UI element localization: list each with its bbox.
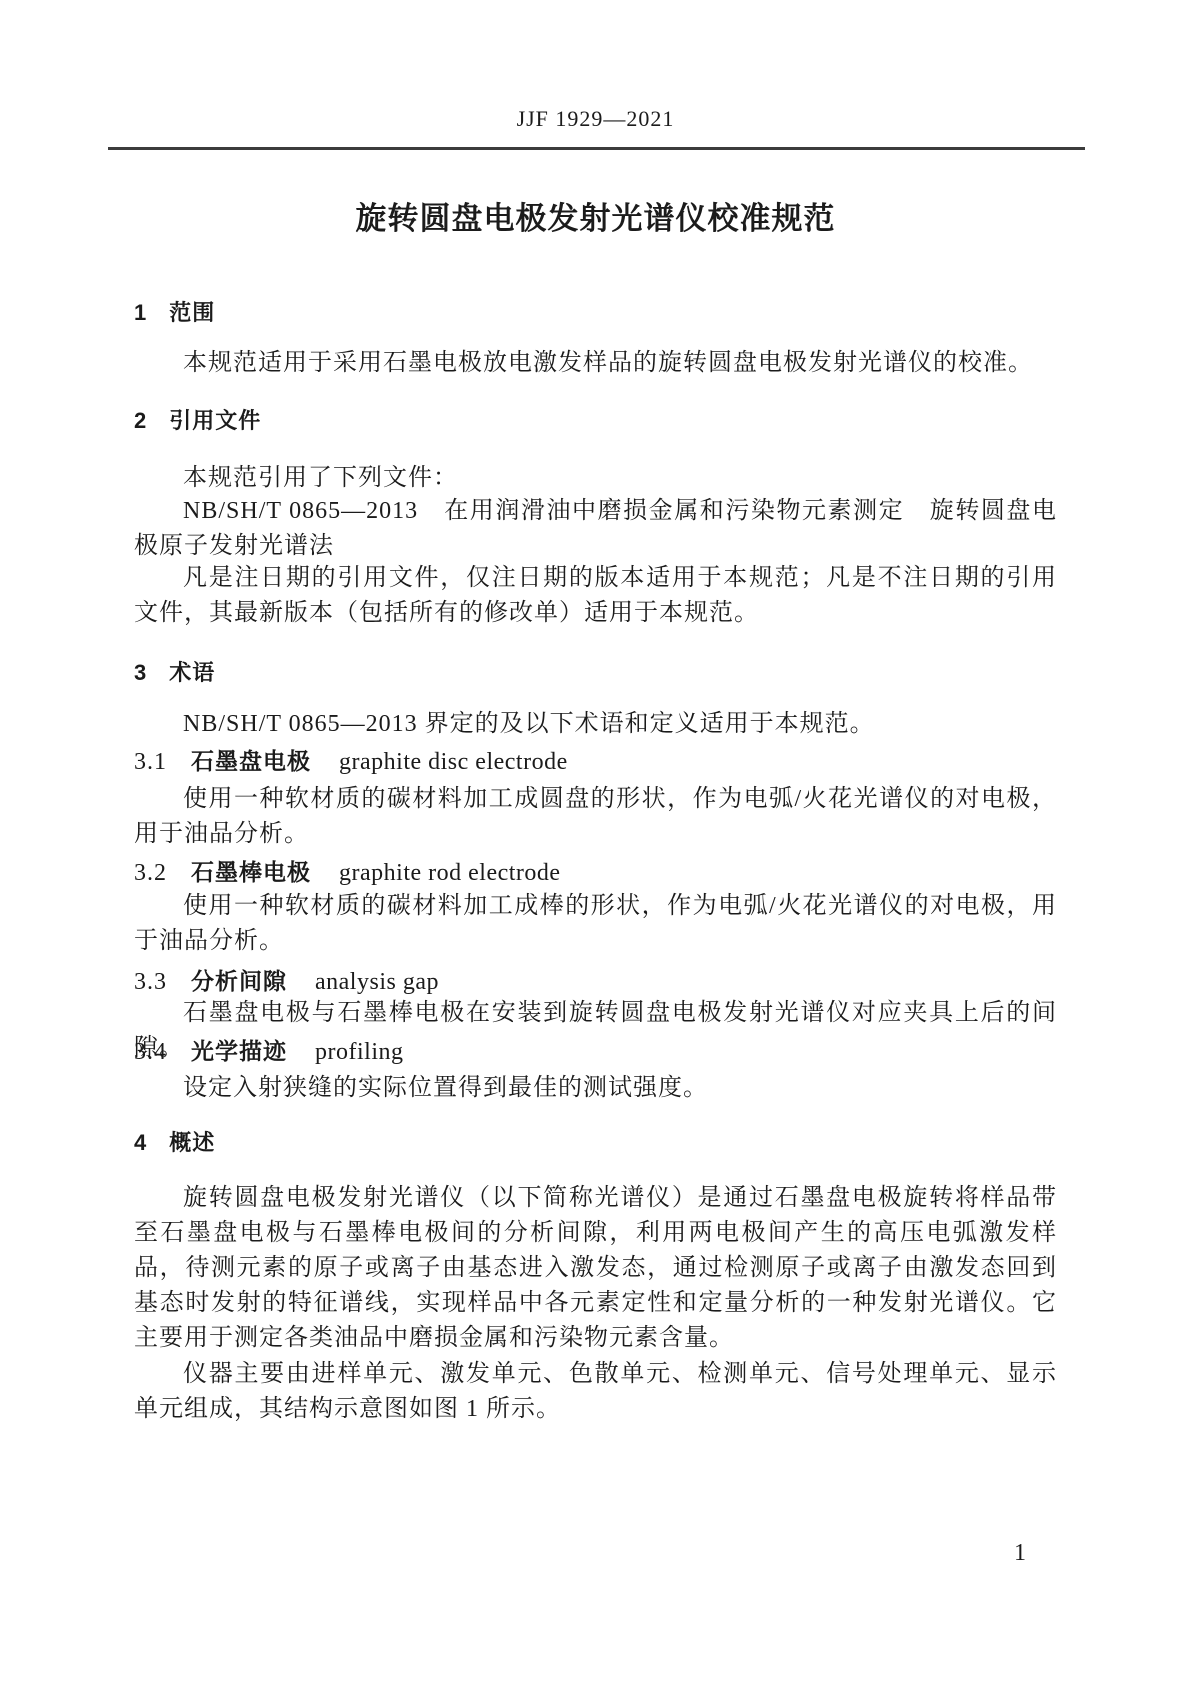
term-3-1: 3.1石墨盘电极graphite disc electrode	[134, 744, 1057, 780]
page-title: 旋转圆盘电极发射光谱仪校准规范	[134, 193, 1057, 238]
doc-standard-code: JJF 1929—2021	[134, 106, 1057, 132]
section-2-paragraph-reference: NB/SH/T 0865—2013 在用润滑油中磨损金属和污染物元素测定 旋转圆…	[134, 494, 1057, 564]
section-3-title: 术语	[169, 660, 215, 685]
term-3-1-zh: 石墨盘电极	[191, 748, 311, 774]
section-4-paragraph-2: 仪器主要由进样单元、激发单元、色散单元、检测单元、信号处理单元、显示单元组成，其…	[134, 1357, 1057, 1427]
term-3-4-en: profiling	[315, 1039, 404, 1065]
term-3-1-definition: 使用一种软材质的碳材料加工成圆盘的形状，作为电弧/火花光谱仪的对电极，用于油品分…	[134, 782, 1057, 852]
term-3-3-zh: 分析间隙	[191, 968, 287, 994]
term-3-3-number: 3.3	[134, 969, 167, 995]
term-3-2-number: 3.2	[134, 860, 167, 886]
page-number: 1	[1014, 1540, 1026, 1567]
section-1-paragraph: 本规范适用于采用石墨电极放电激发样品的旋转圆盘电极发射光谱仪的校准。	[134, 346, 1057, 381]
term-3-1-number: 3.1	[134, 749, 167, 775]
section-4-title: 概述	[169, 1130, 215, 1155]
section-3-paragraph-intro: NB/SH/T 0865—2013 界定的及以下术语和定义适用于本规范。	[134, 707, 1057, 742]
section-2-number: 2	[134, 408, 147, 433]
term-3-2-zh: 石墨棒电极	[191, 859, 311, 885]
term-3-2: 3.2石墨棒电极graphite rod electrode	[134, 855, 1057, 891]
section-3-number: 3	[134, 660, 147, 685]
section-1-heading: 1范围	[134, 298, 1057, 328]
section-4-paragraph-1: 旋转圆盘电极发射光谱仪（以下简称光谱仪）是通过石墨盘电极旋转将样品带至石墨盘电极…	[134, 1181, 1057, 1356]
term-3-4-zh: 光学描迹	[191, 1038, 287, 1064]
term-3-2-en: graphite rod electrode	[339, 860, 561, 886]
section-4-heading: 4概述	[134, 1128, 1057, 1158]
header-rule	[108, 147, 1085, 150]
term-3-4-number: 3.4	[134, 1039, 167, 1065]
section-2-heading: 2引用文件	[134, 406, 1057, 436]
section-2-title: 引用文件	[169, 408, 261, 433]
section-4-number: 4	[134, 1130, 147, 1155]
term-3-3: 3.3分析间隙analysis gap	[134, 964, 1057, 1000]
term-3-2-definition: 使用一种软材质的碳材料加工成棒的形状，作为电弧/火花光谱仪的对电极，用于油品分析…	[134, 889, 1057, 959]
section-1-number: 1	[134, 300, 147, 325]
document-page: JJF 1929—2021 旋转圆盘电极发射光谱仪校准规范 1范围 本规范适用于…	[0, 0, 1191, 1684]
section-2-paragraph-dated: 凡是注日期的引用文件，仅注日期的版本适用于本规范；凡是不注日期的引用文件，其最新…	[134, 561, 1057, 631]
section-1-title: 范围	[169, 300, 215, 325]
section-3-heading: 3术语	[134, 658, 1057, 688]
term-3-4-definition: 设定入射狭缝的实际位置得到最佳的测试强度。	[134, 1071, 1057, 1106]
section-2-paragraph-intro: 本规范引用了下列文件：	[134, 461, 1057, 496]
term-3-1-en: graphite disc electrode	[339, 749, 568, 775]
term-3-3-en: analysis gap	[315, 969, 439, 995]
term-3-4: 3.4光学描迹profiling	[134, 1034, 1057, 1070]
